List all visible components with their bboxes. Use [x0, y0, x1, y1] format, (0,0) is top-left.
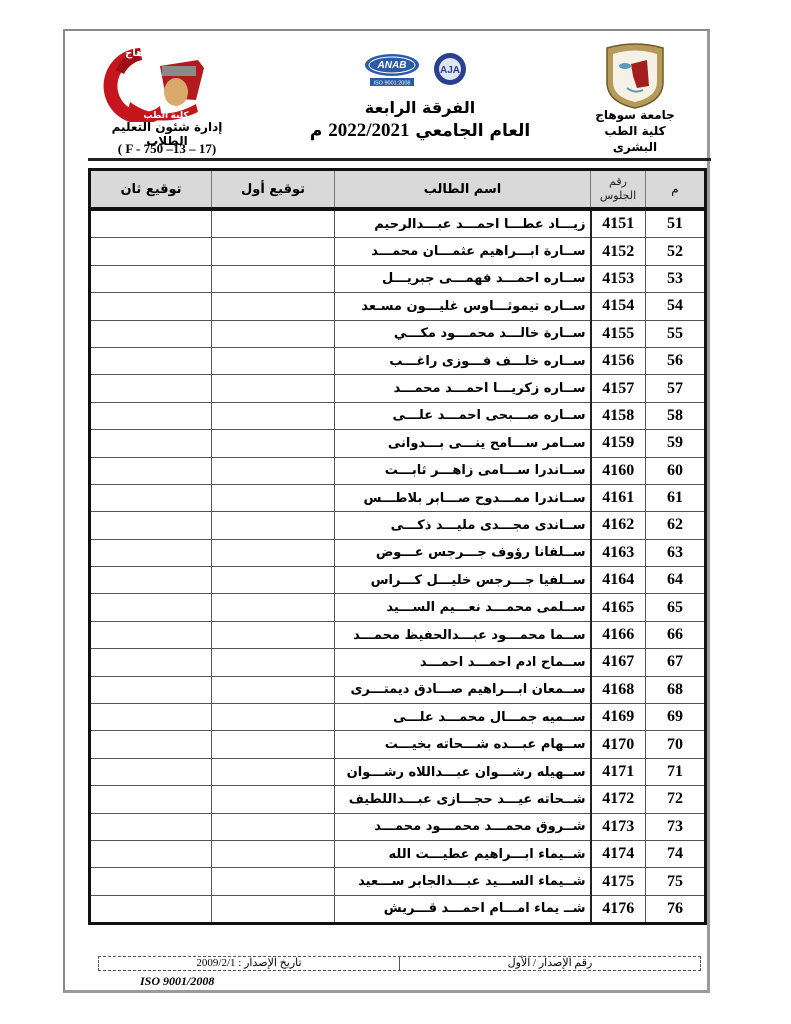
second-signature-cell[interactable]	[90, 320, 212, 347]
row-index: 52	[646, 238, 706, 265]
row-index: 62	[646, 512, 706, 539]
university-name: جامعة سوهاج كلية الطب البشرى	[584, 107, 686, 155]
table-row: 554155ســارة خالـــد محمـــود مكـــي	[90, 320, 706, 347]
table-row: 674167ســماح ادم احمـــد احمـــد	[90, 649, 706, 676]
row-index: 74	[646, 840, 706, 867]
seat-number: 4173	[591, 813, 646, 840]
first-signature-cell[interactable]	[212, 320, 335, 347]
student-roster-table: م رقم الجلوس اسم الطالب توقيع أول توقيع …	[88, 168, 707, 925]
table-row: 604160ســاندرا ســـامى زاهـــر ثابـــت	[90, 457, 706, 484]
student-name: ســاره زكريـــا احمـــد محمـــد	[335, 375, 591, 402]
second-signature-cell[interactable]	[90, 594, 212, 621]
row-index: 53	[646, 265, 706, 292]
seat-number: 4162	[591, 512, 646, 539]
second-signature-cell[interactable]	[90, 539, 212, 566]
seat-number: 4161	[591, 484, 646, 511]
table-row: 544154ســاره تيموثـــاوس غليـــون مسـعد	[90, 293, 706, 320]
second-signature-cell[interactable]	[90, 840, 212, 867]
first-signature-cell[interactable]	[212, 347, 335, 374]
table-row: 764176شــ يماء امـــام احمـــد قـــريش	[90, 895, 706, 923]
student-name: ســما محمـــود عبـــدالحفيظ محمـــد	[335, 621, 591, 648]
student-name: ســارة ابـــراهيم عثمـــان محمـــد	[335, 238, 591, 265]
first-signature-cell[interactable]	[212, 621, 335, 648]
anab-badge-icon: ANAB ISO 9001:2008	[364, 53, 421, 87]
second-signature-cell[interactable]	[90, 347, 212, 374]
first-signature-cell[interactable]	[212, 649, 335, 676]
first-signature-cell[interactable]	[212, 731, 335, 758]
row-index: 59	[646, 430, 706, 457]
first-signature-cell[interactable]	[212, 868, 335, 895]
row-index: 56	[646, 347, 706, 374]
first-signature-cell[interactable]	[212, 539, 335, 566]
second-signature-cell[interactable]	[90, 265, 212, 292]
svg-text:كلية الطب: كلية الطب	[143, 110, 189, 120]
row-index: 73	[646, 813, 706, 840]
seat-number: 4168	[591, 676, 646, 703]
second-signature-cell[interactable]	[90, 512, 212, 539]
seat-header-line2: الجلوس	[591, 189, 645, 203]
table-row: 654165ســلمى محمـــد نعـــيم الســـيد	[90, 594, 706, 621]
first-signature-cell[interactable]	[212, 430, 335, 457]
second-signature-cell[interactable]	[90, 621, 212, 648]
row-index: 70	[646, 731, 706, 758]
form-code: ( F - 750 –13 – 17)	[104, 141, 230, 157]
second-signature-cell[interactable]	[90, 786, 212, 813]
table-row: 724172شــحاته عيـــد حجـــازى عبـــداللط…	[90, 786, 706, 813]
table-row: 564156ســاره خلـــف فـــوزى راغـــب	[90, 347, 706, 374]
first-signature-cell[interactable]	[212, 840, 335, 867]
university-label: جامعة سوهاج	[584, 107, 686, 123]
table-row: 684168ســمعان ابـــراهيم صـــادق ديمتـــ…	[90, 676, 706, 703]
seat-number: 4152	[591, 238, 646, 265]
second-signature-cell[interactable]	[90, 813, 212, 840]
row-index: 54	[646, 293, 706, 320]
table-row: 584158ســاره صـــبحى احمـــد علـــى	[90, 402, 706, 429]
row-index: 67	[646, 649, 706, 676]
student-name: شــحاته عيـــد حجـــازى عبـــداللطيف	[335, 786, 591, 813]
column-header-first-signature: توقيع أول	[212, 170, 335, 210]
row-index: 71	[646, 758, 706, 785]
column-header-seat-number: رقم الجلوس	[591, 170, 646, 210]
seat-number: 4169	[591, 704, 646, 731]
academic-year-value: 2022/2021	[328, 120, 409, 141]
row-index: 60	[646, 457, 706, 484]
svg-text:ANAB: ANAB	[377, 60, 407, 71]
first-signature-cell[interactable]	[212, 676, 335, 703]
student-name: شــيماء الســـيد عبـــدالجابر ســـعيد	[335, 868, 591, 895]
first-signature-cell[interactable]	[212, 209, 335, 238]
student-name: شــيماء ابـــراهيم عطيـــت الله	[335, 840, 591, 867]
second-signature-cell[interactable]	[90, 567, 212, 594]
row-index: 65	[646, 594, 706, 621]
table-row: 514151زيـــاد عطـــا احمـــد عبـــدالرحي…	[90, 209, 706, 238]
column-header-index: م	[646, 170, 706, 210]
issue-date: تاريخ الإصدار : 2009/2/1	[99, 957, 400, 970]
column-header-second-signature: توقيع ثان	[90, 170, 212, 210]
table-row: 704170ســهام عبـــده شـــحاته بخيـــت	[90, 731, 706, 758]
row-index: 69	[646, 704, 706, 731]
table-row: 664166ســما محمـــود عبـــدالحفيظ محمـــ…	[90, 621, 706, 648]
row-index: 61	[646, 484, 706, 511]
seat-number: 4165	[591, 594, 646, 621]
header-divider	[88, 158, 711, 161]
first-signature-cell[interactable]	[212, 457, 335, 484]
student-name: ســاندرا ممـــدوح صـــابر بلاطـــس	[335, 484, 591, 511]
student-name: ســارة خالـــد محمـــود مكـــي	[335, 320, 591, 347]
first-signature-cell[interactable]	[212, 567, 335, 594]
university-emblem-icon	[603, 42, 667, 110]
row-index: 72	[646, 786, 706, 813]
student-name: ســاندرا ســـامى زاهـــر ثابـــت	[335, 457, 591, 484]
row-index: 64	[646, 567, 706, 594]
iso-standard: ISO 9001/2008	[140, 974, 214, 989]
academic-year: العام الجامعي 2022/2021 م	[300, 120, 540, 142]
first-signature-cell[interactable]	[212, 484, 335, 511]
svg-text:AJA: AJA	[440, 65, 460, 76]
student-name: زيـــاد عطـــا احمـــد عبـــدالرحيم	[335, 209, 591, 238]
class-level-title: الفرقة الرابعة	[300, 98, 540, 117]
first-signature-cell[interactable]	[212, 512, 335, 539]
second-signature-cell[interactable]	[90, 375, 212, 402]
student-name: ســاره خلـــف فـــوزى راغـــب	[335, 347, 591, 374]
first-signature-cell[interactable]	[212, 402, 335, 429]
first-signature-cell[interactable]	[212, 786, 335, 813]
first-signature-cell[interactable]	[212, 375, 335, 402]
table-row: 534153ســاره احمـــد فهمـــى جبريـــل	[90, 265, 706, 292]
student-name: ســهيله رشـــوان عبـــداللاه رشـــوان	[335, 758, 591, 785]
student-name: ســهام عبـــده شـــحاته بخيـــت	[335, 731, 591, 758]
seat-number: 4171	[591, 758, 646, 785]
second-signature-cell[interactable]	[90, 704, 212, 731]
row-index: 57	[646, 375, 706, 402]
second-signature-cell[interactable]	[90, 868, 212, 895]
first-signature-cell[interactable]	[212, 704, 335, 731]
student-name: ســميه جمـــال محمـــد علـــى	[335, 704, 591, 731]
second-signature-cell[interactable]	[90, 430, 212, 457]
table-row: 634163ســلفانا رؤوف جـــرجس عـــوض	[90, 539, 706, 566]
faculty-logo-icon: جامعة سوهاج كلية الطب	[100, 40, 218, 122]
student-name: شــروق محمـــد محمـــود محمـــد	[335, 813, 591, 840]
seat-number: 4175	[591, 868, 646, 895]
second-signature-cell[interactable]	[90, 676, 212, 703]
table-row: 574157ســاره زكريـــا احمـــد محمـــد	[90, 375, 706, 402]
seat-number: 4156	[591, 347, 646, 374]
student-name: شــ يماء امـــام احمـــد قـــريش	[335, 895, 591, 923]
seat-number: 4151	[591, 209, 646, 238]
row-index: 58	[646, 402, 706, 429]
student-name: ســاره صـــبحى احمـــد علـــى	[335, 402, 591, 429]
table-row: 744174شــيماء ابـــراهيم عطيـــت الله	[90, 840, 706, 867]
second-signature-cell[interactable]	[90, 209, 212, 238]
seat-number: 4163	[591, 539, 646, 566]
seat-number: 4159	[591, 430, 646, 457]
first-signature-cell[interactable]	[212, 758, 335, 785]
table-row: 714171ســهيله رشـــوان عبـــداللاه رشـــ…	[90, 758, 706, 785]
svg-text:ISO 9001:2008: ISO 9001:2008	[373, 81, 410, 87]
second-signature-cell[interactable]	[90, 649, 212, 676]
student-name: ســاره احمـــد فهمـــى جبريـــل	[335, 265, 591, 292]
document-footer: رقم الإصدار / الأول تاريخ الإصدار : 2009…	[98, 956, 701, 971]
table-row: 734173شــروق محمـــد محمـــود محمـــد	[90, 813, 706, 840]
table-row: 754175شــيماء الســـيد عبـــدالجابر ســـ…	[90, 868, 706, 895]
student-name: ســلفانا رؤوف جـــرجس عـــوض	[335, 539, 591, 566]
second-signature-cell[interactable]	[90, 484, 212, 511]
svg-text:جامعة سوهاج: جامعة سوهاج	[125, 48, 191, 59]
seat-number: 4172	[591, 786, 646, 813]
table-row: 594159ســامر ســـامح ينـــى بـــدوانى	[90, 430, 706, 457]
student-name: ســلفيا جـــرجس خليـــل كـــراس	[335, 567, 591, 594]
seat-header-line1: رقم	[591, 175, 645, 189]
row-index: 63	[646, 539, 706, 566]
second-signature-cell[interactable]	[90, 402, 212, 429]
student-name: ســامر ســـامح ينـــى بـــدوانى	[335, 430, 591, 457]
seat-number: 4174	[591, 840, 646, 867]
second-signature-cell[interactable]	[90, 457, 212, 484]
academic-year-label: العام الجامعي	[415, 121, 530, 141]
first-signature-cell[interactable]	[212, 813, 335, 840]
table-row: 524152ســارة ابـــراهيم عثمـــان محمـــد	[90, 238, 706, 265]
row-index: 51	[646, 209, 706, 238]
roster-body: 514151زيـــاد عطـــا احمـــد عبـــدالرحي…	[90, 209, 706, 924]
table-row: 694169ســميه جمـــال محمـــد علـــى	[90, 704, 706, 731]
second-signature-cell[interactable]	[90, 758, 212, 785]
first-signature-cell[interactable]	[212, 238, 335, 265]
seat-number: 4154	[591, 293, 646, 320]
faculty-label: كلية الطب البشرى	[584, 123, 686, 155]
table-row: 614161ســاندرا ممـــدوح صـــابر بلاطـــس	[90, 484, 706, 511]
table-row: 624162ســاندى مجـــدى مليـــد ذكـــى	[90, 512, 706, 539]
row-index: 68	[646, 676, 706, 703]
student-name: ســاندى مجـــدى مليـــد ذكـــى	[335, 512, 591, 539]
academic-year-suffix: م	[310, 121, 322, 141]
first-signature-cell[interactable]	[212, 594, 335, 621]
seat-number: 4164	[591, 567, 646, 594]
seat-number: 4166	[591, 621, 646, 648]
row-index: 75	[646, 868, 706, 895]
second-signature-cell[interactable]	[90, 895, 212, 923]
issue-number: رقم الإصدار / الأول	[400, 957, 700, 970]
row-index: 76	[646, 895, 706, 923]
student-name: ســاره تيموثـــاوس غليـــون مسـعد	[335, 293, 591, 320]
student-name: ســماح ادم احمـــد احمـــد	[335, 649, 591, 676]
row-index: 66	[646, 621, 706, 648]
first-signature-cell[interactable]	[212, 293, 335, 320]
table-header-row: م رقم الجلوس اسم الطالب توقيع أول توقيع …	[90, 170, 706, 210]
student-name: ســلمى محمـــد نعـــيم الســـيد	[335, 594, 591, 621]
seat-number: 4158	[591, 402, 646, 429]
seat-number: 4155	[591, 320, 646, 347]
second-signature-cell[interactable]	[90, 238, 212, 265]
second-signature-cell[interactable]	[90, 293, 212, 320]
first-signature-cell[interactable]	[212, 895, 335, 923]
second-signature-cell[interactable]	[90, 731, 212, 758]
first-signature-cell[interactable]	[212, 265, 335, 292]
table-row: 644164ســلفيا جـــرجس خليـــل كـــراس	[90, 567, 706, 594]
column-header-student-name: اسم الطالب	[335, 170, 591, 210]
row-index: 55	[646, 320, 706, 347]
aja-badge-icon: AJA	[426, 52, 474, 86]
seat-number: 4153	[591, 265, 646, 292]
seat-number: 4167	[591, 649, 646, 676]
student-name: ســمعان ابـــراهيم صـــادق ديمتـــرى	[335, 676, 591, 703]
seat-number: 4160	[591, 457, 646, 484]
seat-number: 4176	[591, 895, 646, 923]
seat-number: 4157	[591, 375, 646, 402]
seat-number: 4170	[591, 731, 646, 758]
